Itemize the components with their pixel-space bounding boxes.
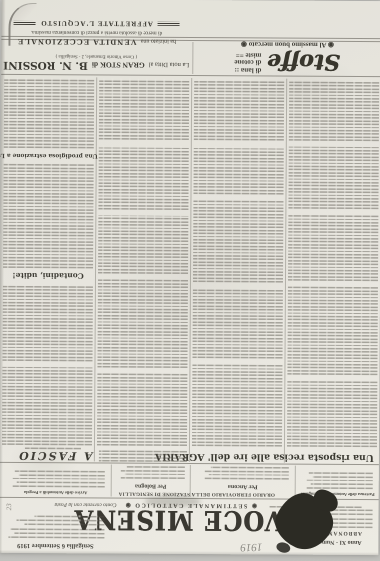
timetable-row [209,474,289,476]
fineprint-line [10,528,104,531]
rossini-ad-name: B. N. ROSSINI [3,59,88,72]
timetable-row [19,474,105,476]
stoffe-ad-word: Stoffe [267,51,340,73]
timetable-divider [111,465,112,497]
timetable-row [309,472,373,474]
timetable-departures-rows [299,472,377,489]
subhead-contadini: Contadini, udite! [3,271,93,281]
paragraph [194,146,284,195]
column-snippet [99,449,187,462]
margin-pencil-mark: 23 [5,503,13,510]
timetable-ancona-block: Per Ancona [193,464,293,490]
timetable-row [307,479,373,481]
fineprint-line [24,523,104,525]
timetable-arrivals-block: Arrivo delle Automobili a Pergola [3,468,109,496]
timetable-row [205,470,289,472]
paragraph [2,285,92,362]
timetable-divider [190,465,191,497]
paragraph [193,288,283,359]
paragraph [193,200,283,283]
subhead-estrazione: Una prodigiosa estrazione a Lugrino [0,152,98,159]
timetable-row [121,477,185,479]
page-corner-curl [8,3,36,46]
rossini-ad-intro: La nota Ditta al [149,61,190,68]
timetable-row [311,483,373,485]
paragraph [194,79,284,141]
stoffe-ad-line1: di lana :: [234,66,261,74]
masthead-dateline: Senigallia 6 Settembre 1919 [0,542,110,550]
timetable-bologna-title: Per Bologna [113,482,189,489]
fineprint-line [35,515,105,517]
timetable-row [313,476,373,478]
paragraph [287,381,377,448]
paragraph [289,80,379,142]
paragraph [97,373,187,446]
stoffe-ad-line2: di cotone [234,58,261,66]
timetable-row [121,469,185,471]
timetable-divider [295,466,296,498]
ornament-right-icon: ◉ [124,502,131,508]
timetable-row [307,487,373,489]
ads-divider [192,42,193,74]
paragraph [2,367,92,446]
paragraph [192,364,282,447]
timetable-ancona-title: Per Ancona [193,482,293,490]
timetable-bologna-rows [113,466,189,479]
newspaper-page: 1919 Anno XI - Numero 2 ABBONAMENTI LA V… [0,0,380,555]
masthead-subtitle: SETTIMANALE CATTOLICO [134,502,248,509]
timetable-row [17,481,105,483]
timetable-ancona-rows [193,466,293,480]
timetable-row [13,478,105,480]
timetable-title: ORARIO FERROVIARIO DELLA STAZIONE DI SEN… [99,490,295,497]
timetable-row [127,466,185,468]
rossini-ad-cta: AFFRETTATE L'ACQUISTO [40,19,153,28]
timetable-arrivals-rows [3,470,109,487]
stoffe-ad-line3: miste == [234,50,261,58]
timetable-row [15,470,105,472]
paragraph [288,215,378,282]
paragraph [4,78,94,149]
paragraph [98,145,188,210]
paragraph [3,164,94,269]
fineprint-line [8,536,104,539]
fineprint-line [17,519,105,522]
headline-fascio: A FASCIO [11,449,99,463]
paragraph [288,147,378,210]
timetable-row [205,478,289,480]
headline-agraria: Una risposta recisa alle ire dell' AGRAR… [155,450,374,462]
paragraph [98,215,188,274]
timetable-arrivals-title: Arrivo delle Automobili a Pergola [3,490,109,496]
stoffe-ad: Stoffe di lana :: di cotone miste == ◉ A… [195,40,379,74]
masthead-subtitle-row: ◉ SETTIMANALE CATTOLICO ◉ [121,502,261,510]
rossini-ad-stock: GRAN STOK di [92,60,145,69]
fineprint-line [14,532,104,535]
stoffe-ornament-right-icon: ◉ [241,40,247,48]
timetable-row [13,485,105,487]
scan-edge-shadow [0,550,378,555]
paragraph [99,78,189,140]
timetable-row [211,466,289,468]
timetable-row [125,473,185,475]
stoffe-ornament-left-icon: ◉ [328,41,334,49]
timetable-departures-block: Partenza delle Automobili da Senigallia [299,470,377,497]
postal-note: Conto corrente con la Posta [17,501,117,508]
publisher-fineprint [4,513,106,539]
fascio-dateline [25,447,81,449]
paragraph [287,287,378,376]
scanned-newspaper-image: 1919 Anno XI - Numero 2 ABBONAMENTI LA V… [0,0,380,561]
paragraph [97,279,188,368]
timetable-bologna-block: Per Bologna [113,464,189,489]
ornament-left-icon: ◉ [250,502,257,508]
cta-bar-left [158,22,180,26]
